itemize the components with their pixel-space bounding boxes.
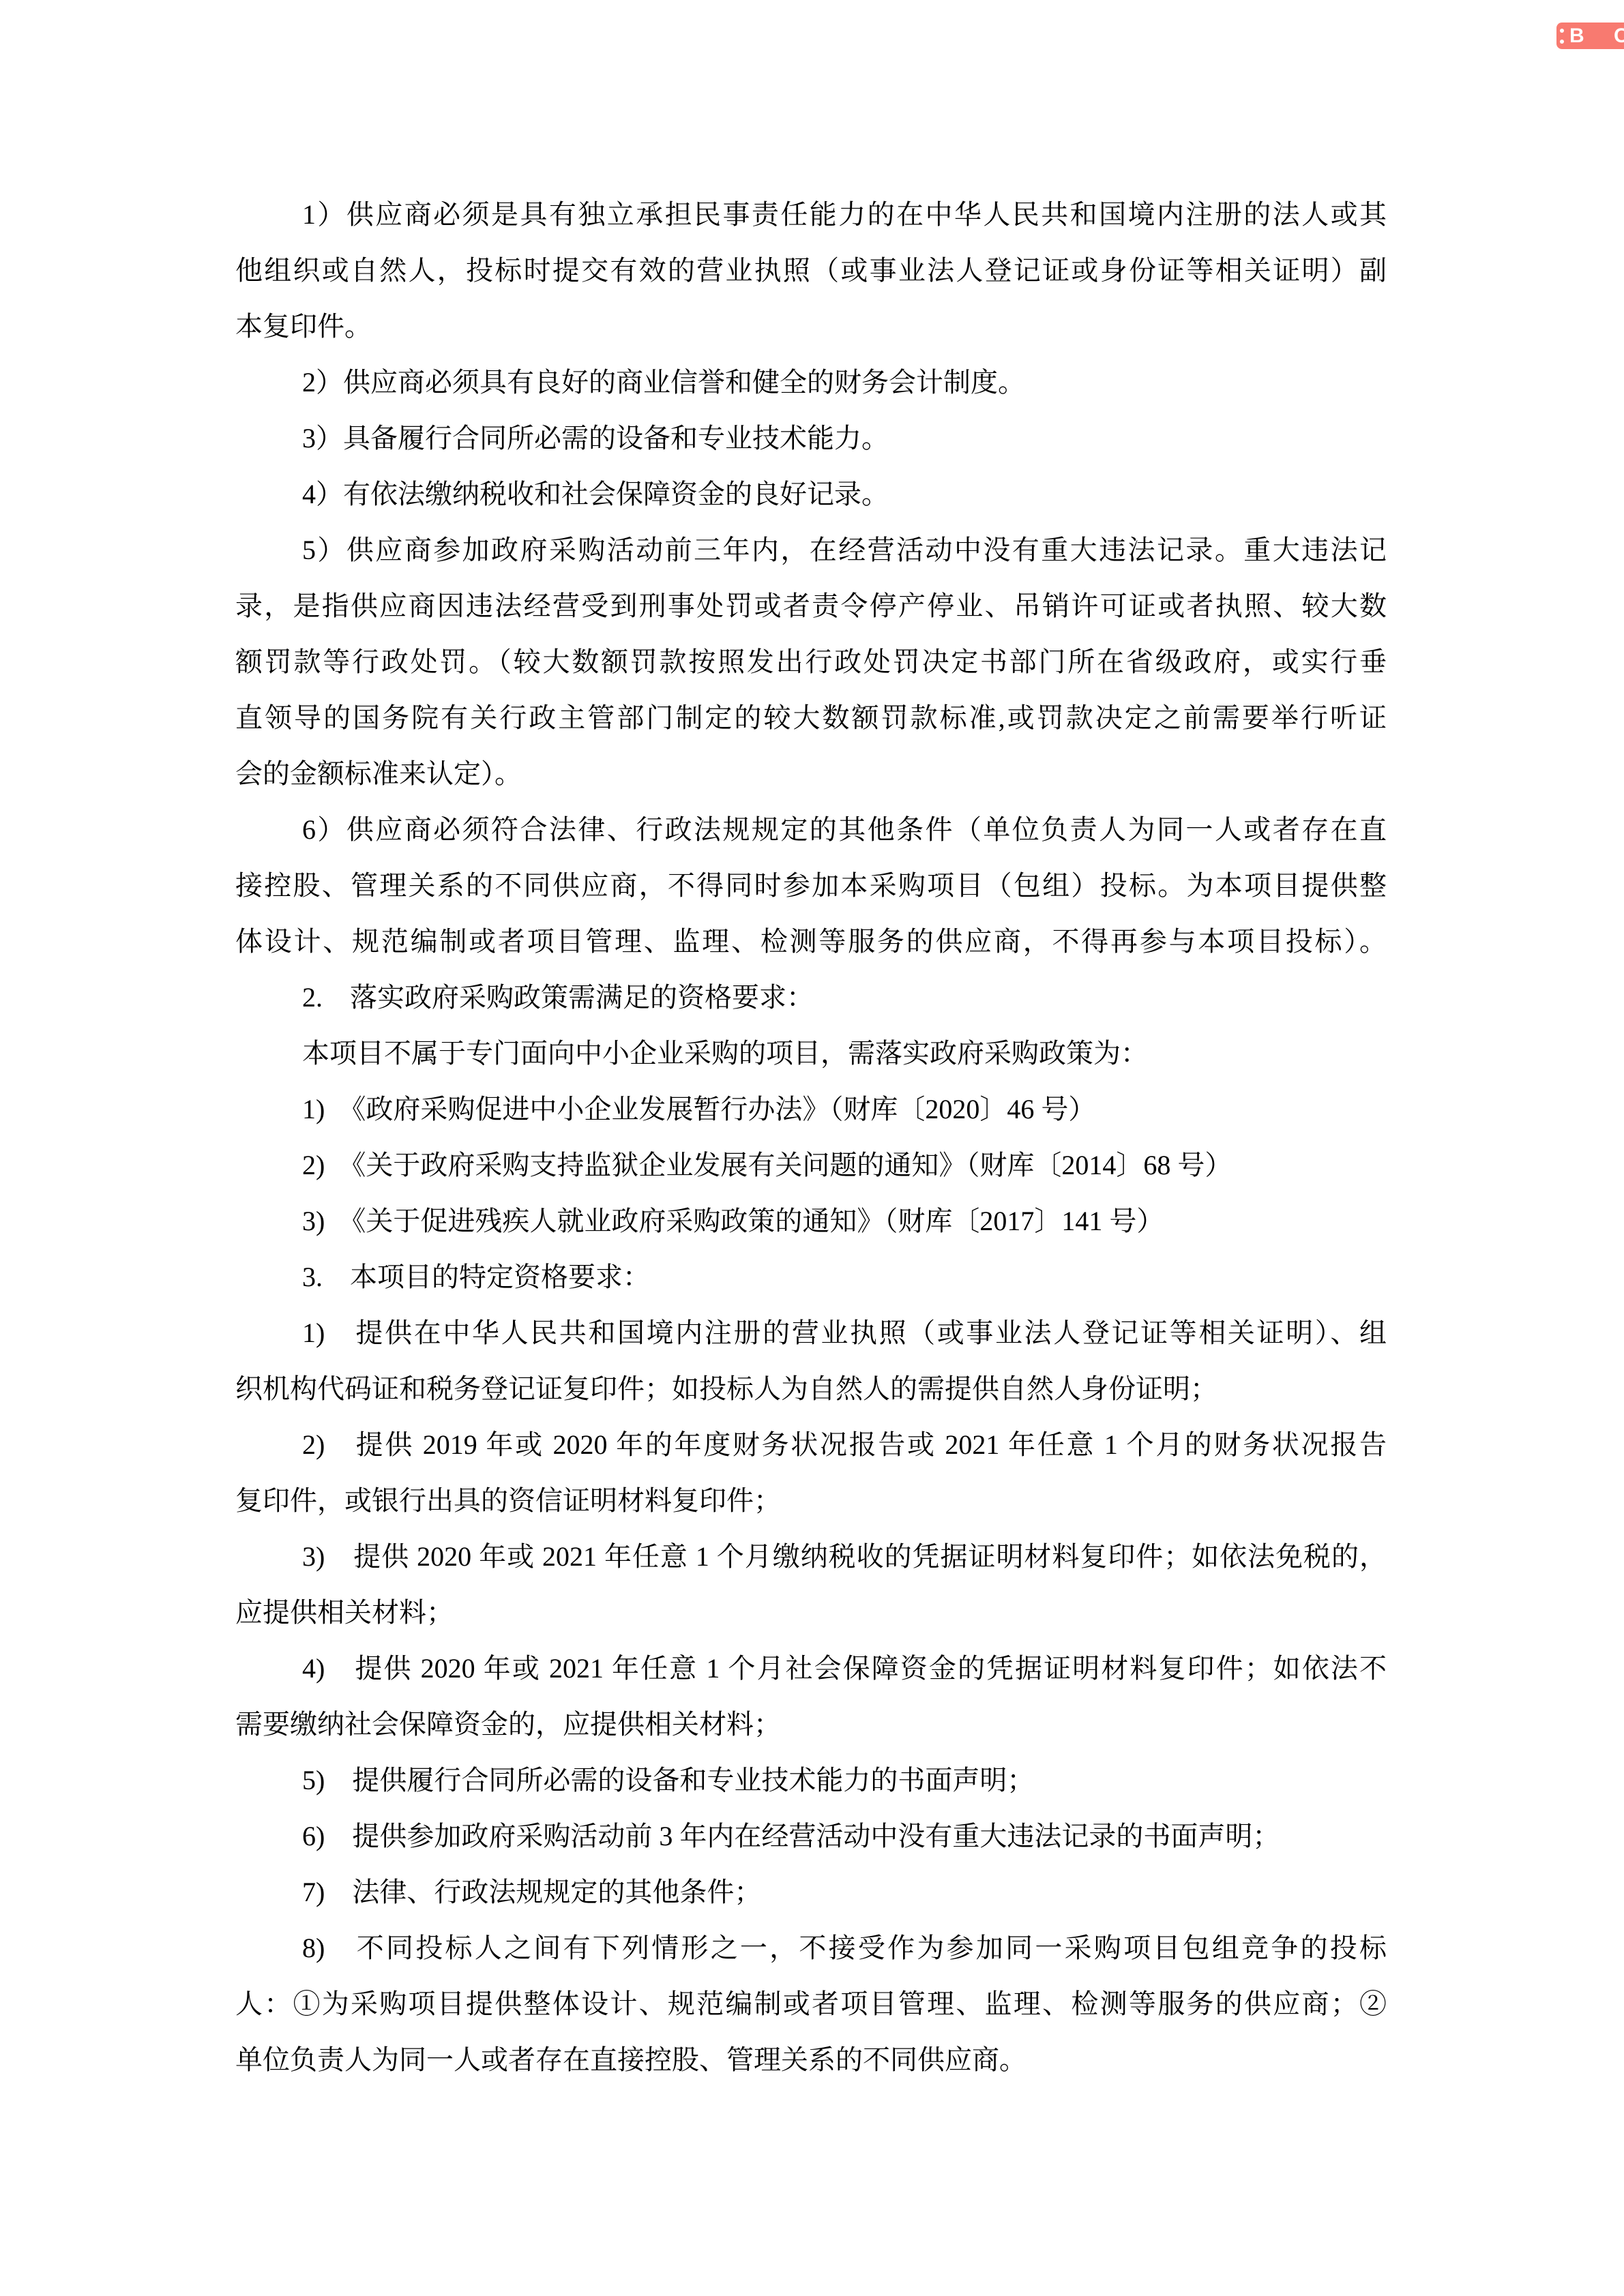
text-line: 接控股、管理关系的不同供应商，不得同时参加本采购项目（包组）投标。为本项目提供整 [235, 858, 1387, 914]
document-body: 1）供应商必须是具有独立承担民事责任能力的在中华人民共和国境内注册的法人或其他组… [235, 187, 1387, 2088]
text-line: 6）供应商必须符合法律、行政法规规定的其他条件（单位负责人为同一人或者存在直 [235, 802, 1387, 858]
text-line: 5）供应商参加政府采购活动前三年内，在经营活动中没有重大违法记录。重大违法记 [235, 522, 1387, 578]
text-line: 3) 提供 2020 年或 2021 年任意 1 个月缴纳税收的凭据证明材料复印… [235, 1529, 1387, 1585]
text-line: 1) 提供在中华人民共和国境内注册的营业执照（或事业法人登记证等相关证明）、组 [235, 1305, 1387, 1361]
text-line: 3) 《关于促进残疾人就业政府采购政策的通知》（财库〔2017〕141 号） [235, 1193, 1387, 1249]
text-line: 单位负责人为同一人或者存在直接控股、管理关系的不同供应商。 [235, 2032, 1387, 2088]
text-line: 本项目不属于专门面向中小企业采购的项目，需落实政府采购政策为： [235, 1026, 1387, 1082]
text-line: 4）有依法缴纳税收和社会保障资金的良好记录。 [235, 466, 1387, 522]
document-page: B C 1）供应商必须是具有独立承担民事责任能力的在中华人民共和国境内注册的法人… [0, 0, 1624, 2296]
badge-clipped-glyph: C [1614, 23, 1624, 49]
text-line: 本复印件。 [235, 299, 1387, 355]
text-line: 额罚款等行政处罚。（较大数额罚款按照发出行政处罚决定书部门所在省级政府，或实行垂 [235, 634, 1387, 690]
text-line: 复印件，或银行出具的资信证明材料复印件； [235, 1473, 1387, 1529]
text-line: 需要缴纳社会保障资金的，应提供相关材料； [235, 1697, 1387, 1753]
text-line: 3）具备履行合同所必需的设备和专业技术能力。 [235, 411, 1387, 466]
text-line: 他组织或自然人，投标时提交有效的营业执照（或事业法人登记证或身份证等相关证明）副 [235, 243, 1387, 299]
text-line: 应提供相关材料； [235, 1585, 1387, 1641]
badge-dots-icon [1560, 27, 1565, 45]
text-line: 5) 提供履行合同所必需的设备和专业技术能力的书面声明； [235, 1753, 1387, 1808]
text-line: 2) 提供 2019 年或 2020 年的年度财务状况报告或 2021 年任意 … [235, 1417, 1387, 1473]
text-line: 4) 提供 2020 年或 2021 年任意 1 个月社会保障资金的凭据证明材料… [235, 1641, 1387, 1697]
text-line: 8) 不同投标人之间有下列情形之一，不接受作为参加同一采购项目包组竞争的投标 [235, 1920, 1387, 1976]
text-line: 1）供应商必须是具有独立承担民事责任能力的在中华人民共和国境内注册的法人或其 [235, 187, 1387, 243]
text-line: 会的金额标准来认定）。 [235, 746, 1387, 802]
text-line: 1) 《政府采购促进中小企业发展暂行办法》（财库〔2020〕46 号） [235, 1082, 1387, 1137]
text-line: 2. 落实政府采购政策需满足的资格要求： [235, 970, 1387, 1026]
badge-label: B [1569, 23, 1584, 49]
text-line: 2）供应商必须具有良好的商业信誉和健全的财务会计制度。 [235, 355, 1387, 411]
text-line: 直领导的国务院有关行政主管部门制定的较大数额罚款标准,或罚款决定之前需要举行听证 [235, 690, 1387, 746]
text-line: 2) 《关于政府采购支持监狱企业发展有关问题的通知》（财库〔2014〕68 号） [235, 1137, 1387, 1193]
text-line: 体设计、规范编制或者项目管理、监理、检测等服务的供应商，不得再参与本项目投标）。 [235, 914, 1387, 970]
text-line: 7) 法律、行政法规规定的其他条件； [235, 1864, 1387, 1920]
text-line: 人：①为采购项目提供整体设计、规范编制或者项目管理、监理、检测等服务的供应商；② [235, 1976, 1387, 2032]
text-line: 6) 提供参加政府采购活动前 3 年内在经营活动中没有重大违法记录的书面声明； [235, 1808, 1387, 1864]
text-line: 录，是指供应商因违法经营受到刑事处罚或者责令停产停业、吊销许可证或者执照、较大数 [235, 578, 1387, 634]
text-line: 3. 本项目的特定资格要求： [235, 1249, 1387, 1305]
text-line: 织机构代码证和税务登记证复印件；如投标人为自然人的需提供自然人身份证明； [235, 1361, 1387, 1417]
annotation-badge: B C [1556, 23, 1624, 49]
